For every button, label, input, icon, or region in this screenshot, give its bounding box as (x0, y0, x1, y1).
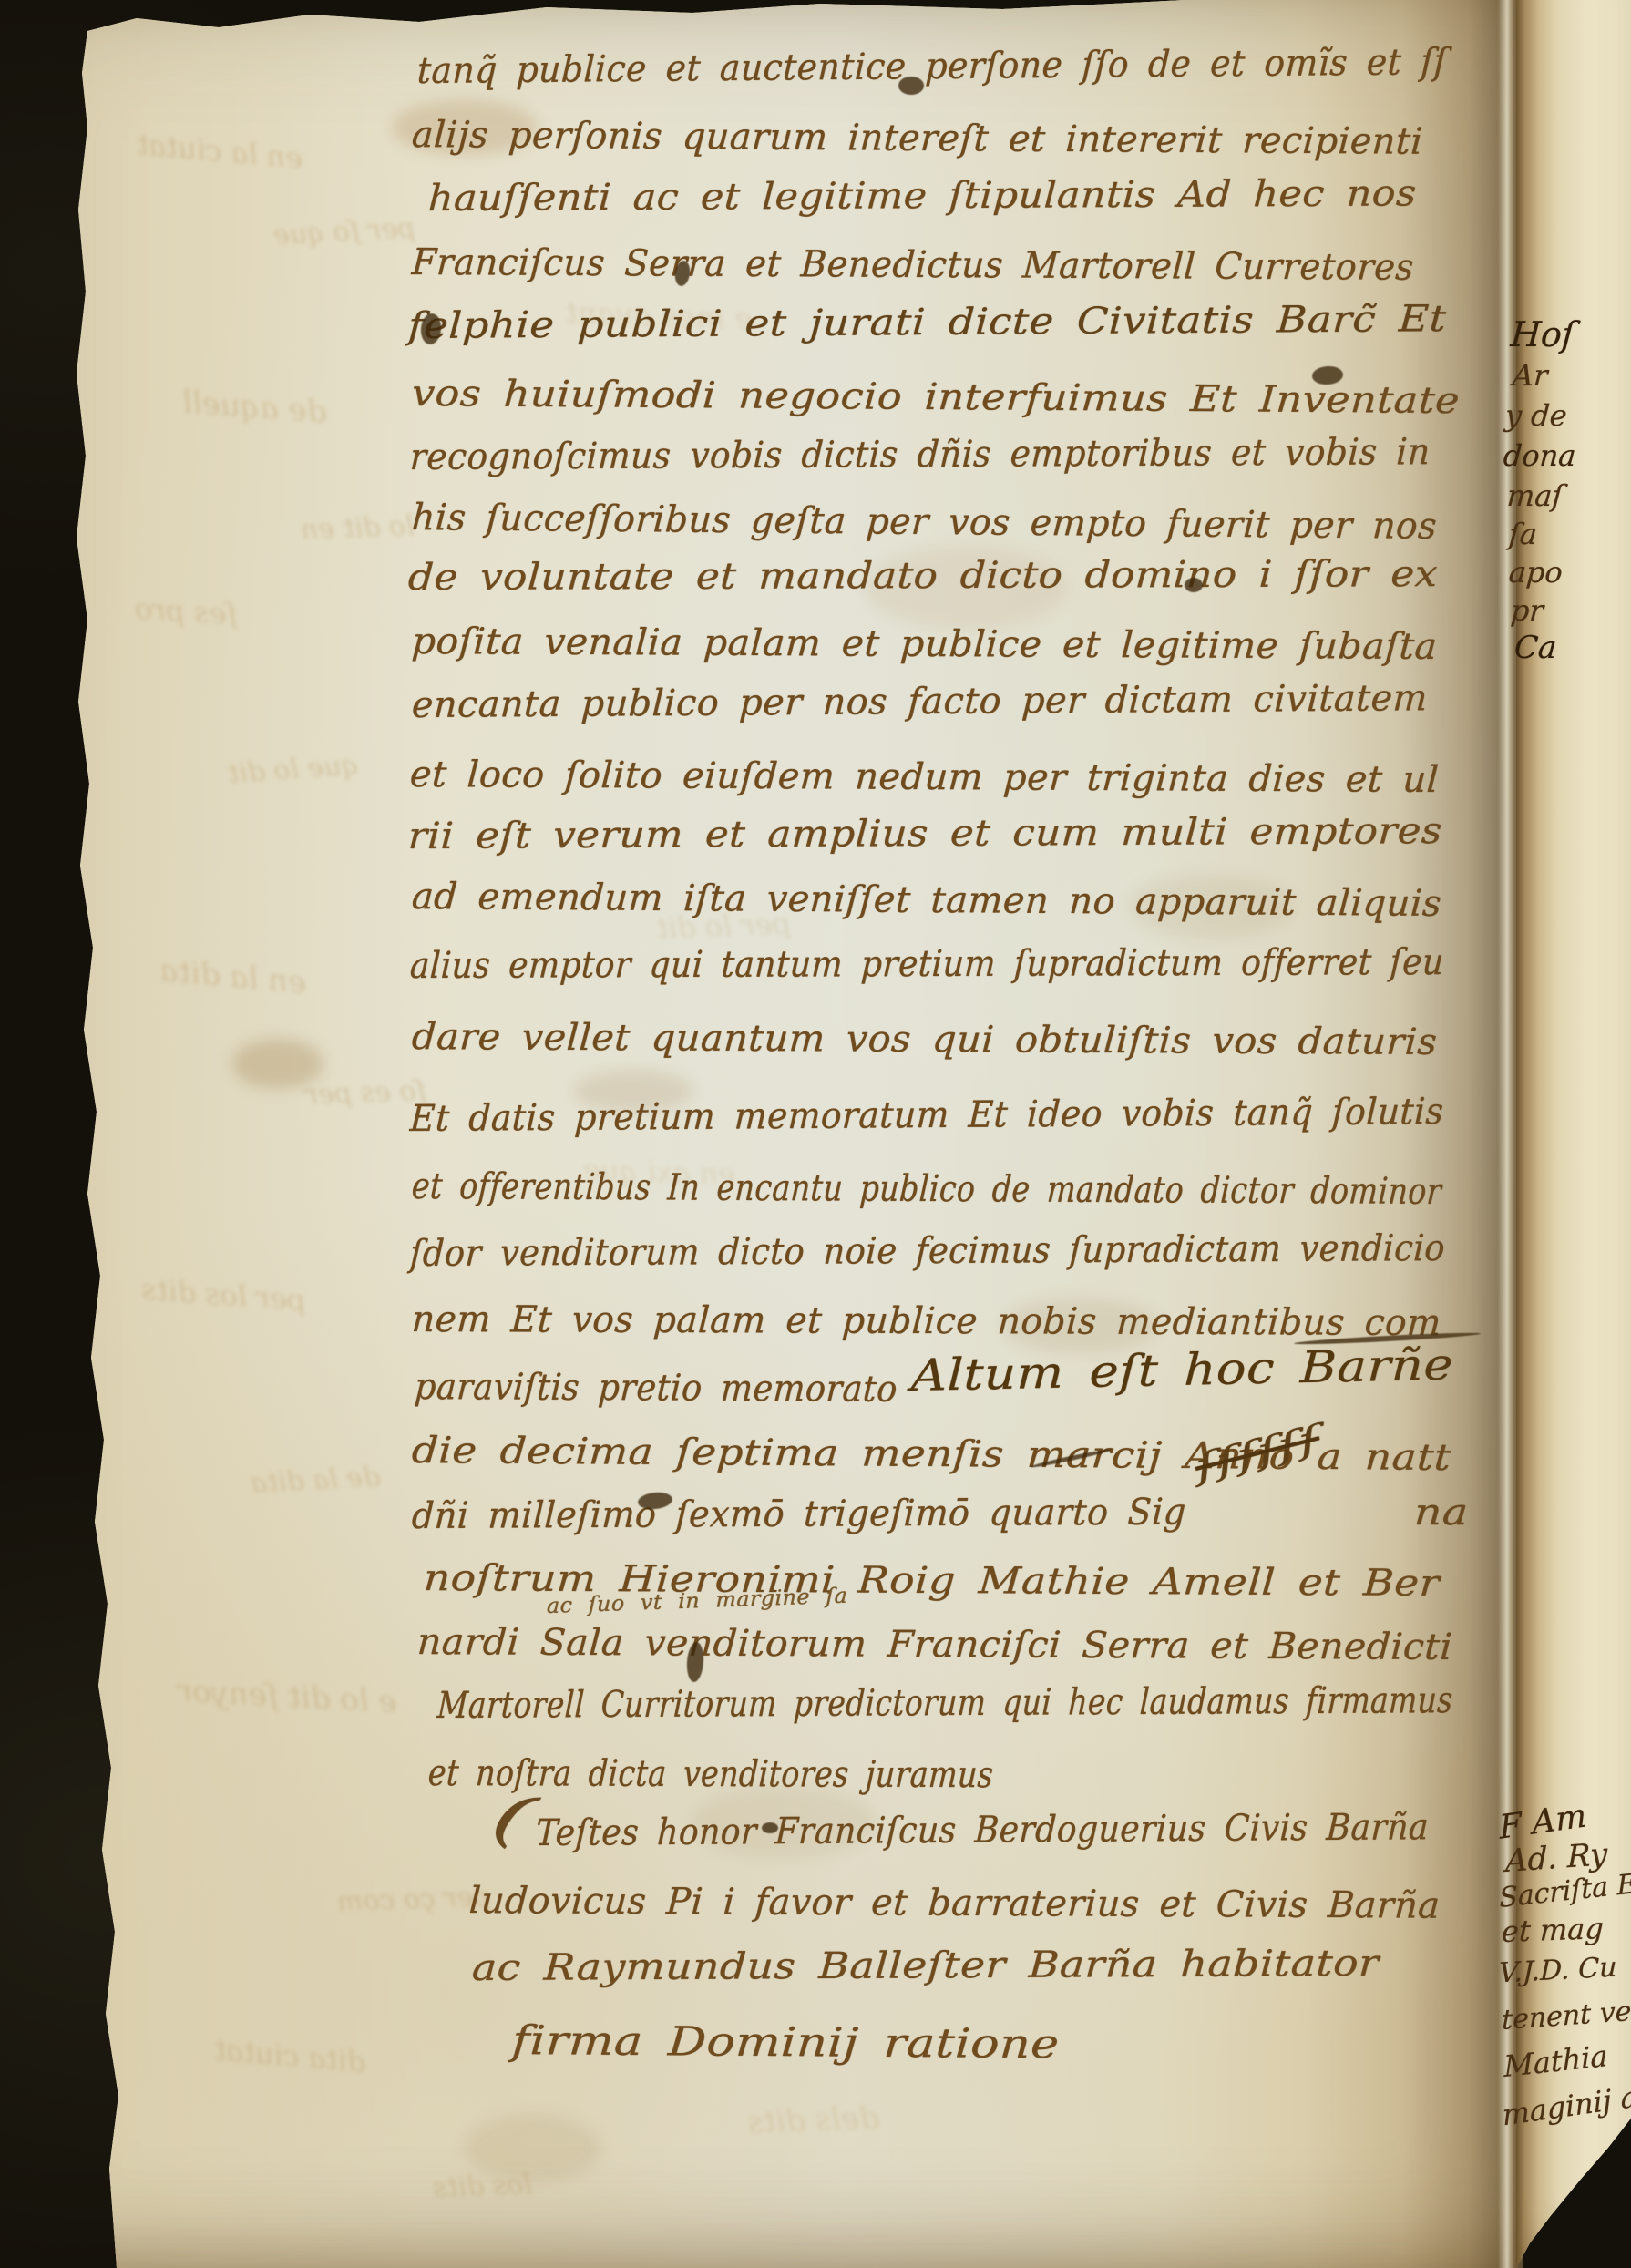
manuscript-scan: en la ciutatper ſo quede aquelllo dit en… (0, 0, 1631, 2268)
ghost-showthrough-text: dita ciutat (213, 2035, 367, 2077)
manuscript-line: Martorell Curritorum predictorum qui hec… (436, 1682, 1453, 1724)
gutter-shadow (1303, 0, 1523, 2268)
stain (232, 1039, 323, 1089)
margin-note-line: Ca (1513, 632, 1558, 663)
margin-note-line: y de (1504, 401, 1568, 430)
margin-note-line: maſ (1506, 481, 1564, 510)
testes-line: ludovicus Pi i favor et barraterius et C… (468, 1883, 1441, 1924)
ghost-showthrough-text: de la dita (250, 1463, 381, 1497)
manuscript-line: recognoſcimus vobis dictis dñis emptorib… (409, 434, 1431, 476)
manuscript-line: nem Et vos palam et publice nobis median… (411, 1301, 1442, 1341)
manuscript-line: encanta publico per nos facto per dictam… (411, 680, 1429, 724)
ghost-showthrough-text: que lo dit (227, 752, 360, 788)
ink-blot (898, 77, 924, 95)
ink-blot (1185, 578, 1203, 592)
manuscript-line: alius emptor qui tantum pretium ſupradic… (409, 944, 1445, 984)
ghost-showthrough-text: per los dits (140, 1275, 307, 1316)
ghost-showthrough-text: en la dita (159, 955, 308, 999)
manuscript-line: dare vellet quantum vos qui obtuliſtis v… (411, 1019, 1439, 1061)
margin-note-line: Ad. Ry (1505, 1839, 1607, 1877)
manuscript-line: hauſſenti ac et legitime ſtipulantis Ad … (427, 175, 1417, 217)
manuscript-line: paraviſtis pretio memorato (414, 1369, 898, 1408)
ghost-showthrough-text: ſo es per (305, 1078, 427, 1110)
testes-line: Teſtes honor Franciſcus Berdoguerius Civ… (535, 1809, 1430, 1852)
manuscript-line: rii eſt verum et amplius et cum multi em… (407, 813, 1443, 855)
manuscript-line: nardi Sala venditorum Franciſci Serra et… (416, 1624, 1453, 1666)
manuscript-line: Franciſcus Serra et Benedictus Martorell… (411, 244, 1415, 286)
manuscript-line: tanq̃ publice et auctentice perſone ſſo … (416, 44, 1448, 89)
margin-note-line: Hoſ (1510, 317, 1576, 352)
manuscript-line: de voluntate et mandato dicto domino i ſ… (407, 556, 1439, 596)
manuscript-line: felphie publici et jurati dicte Civitati… (407, 301, 1447, 344)
firma-line: firma Dominij ratione (511, 2021, 1061, 2065)
manuscript-line: dñi milleſimo ſexmō trigeſimō quarto Sig (411, 1494, 1187, 1534)
ghost-showthrough-text: en la ciutat (136, 129, 304, 173)
margin-note-line: dona (1503, 441, 1577, 470)
margin-note-line: Ar (1512, 361, 1549, 390)
ghost-showthrough-text: per ſo que (272, 215, 415, 250)
margin-note-line: apo (1508, 558, 1564, 587)
ghost-showthrough-text: de aquell (181, 387, 327, 428)
manuscript-line: his ſucceſſoribus geſta per vos empto fu… (411, 499, 1438, 545)
manuscript-line: alijs perſonis quarum intereſt et intere… (411, 117, 1424, 160)
manuscript-line: ad emendum iſta veniſſet tamen no apparu… (411, 878, 1442, 922)
ghost-showthrough-text: ſes pro (134, 594, 238, 629)
margin-note-line: pr (1510, 596, 1544, 625)
manuscript-line: Et datis pretium memoratum Et ideo vobis… (409, 1093, 1444, 1137)
manuscript-line: ſdor venditorum dicto noie fecimus ſupra… (409, 1230, 1446, 1272)
manuscript-page: en la ciutatper ſo quede aquelllo dit en… (0, 0, 1523, 2268)
manuscript-line: et offerentibus In encantu publico de ma… (411, 1168, 1442, 1210)
ink-blot (762, 1822, 778, 1833)
stain (465, 2114, 601, 2182)
margin-note-line: et mag (1501, 1914, 1604, 1946)
ghost-showthrough-text: dels dits (746, 2102, 879, 2138)
testes-line: ac Raymundus Balleſter Barña habitator (471, 1945, 1380, 1986)
margin-note-line: V.J.D. Cu (1499, 1955, 1617, 1988)
margin-note-line: ſa (1508, 519, 1538, 549)
ghost-showthrough-text: lo dit en (301, 513, 415, 544)
ghost-showthrough-text: e lo dit ſenyor (177, 1676, 397, 1719)
manuscript-line: et loco ſolito eiuſdem nedum per trigint… (409, 756, 1440, 798)
manuscript-line: poſita venalia palam et publice et legit… (411, 623, 1439, 665)
